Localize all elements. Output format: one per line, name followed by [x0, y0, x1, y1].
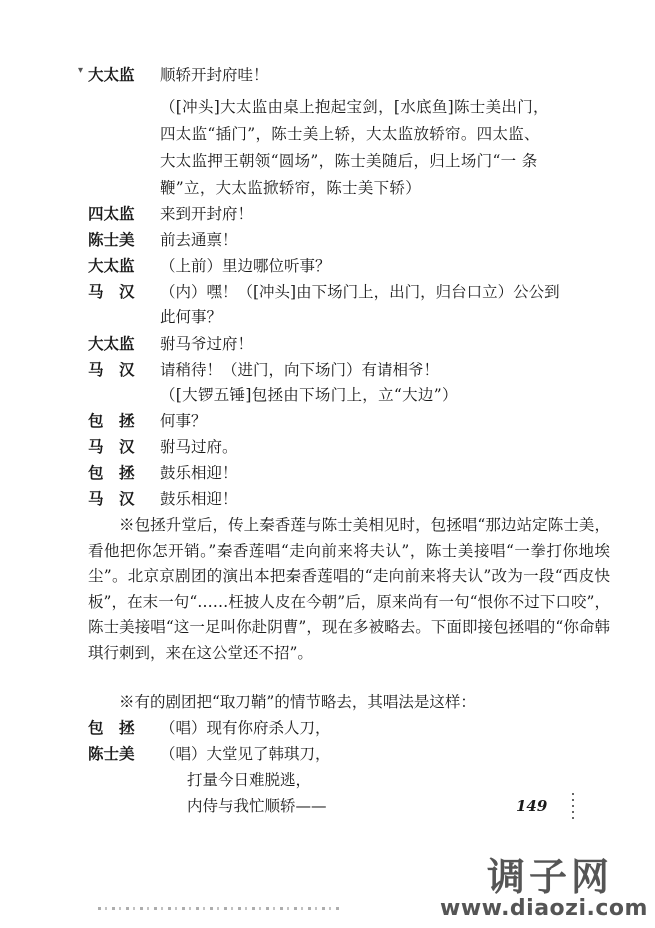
dialogue-text: 来到开封府！ [160, 203, 253, 225]
stage-direction-line: （[冲头]大太监由桌上抱起宝剑，[水底鱼]陈士美出门， [160, 96, 549, 118]
speaker-label: 大太监 [88, 255, 135, 277]
scan-mark: ▾ [78, 65, 83, 76]
dialogue-text: 驸马过府。 [160, 436, 238, 458]
dialogue-continuation: 此何事？ [160, 306, 222, 328]
speaker-label: 包 拯 [88, 410, 135, 432]
dialogue-text: 鼓乐相迎！ [160, 488, 238, 510]
editorial-note: ※有的剧团把“取刀鞘”的情节略去，其唱法是这样： [88, 690, 610, 716]
speaker-label: 包 拯 [88, 717, 135, 739]
watermark-logo: 调子网 [487, 846, 613, 901]
page-number: 149 [516, 797, 547, 815]
lyric-line: （唱）大堂见了韩琪刀， [160, 743, 331, 765]
dialogue-text: 鼓乐相迎！ [160, 462, 238, 484]
speaker-label: 马 汉 [88, 436, 135, 458]
dialogue-text: （上前）里边哪位听事？ [160, 255, 331, 277]
lyric-line: 内侍与我忙顺轿—— [187, 795, 327, 817]
scan-artifact [98, 907, 343, 910]
lyric-line: 打量今日难脱逃， [187, 769, 311, 791]
speaker-label: 大太监 [88, 64, 135, 86]
dialogue-text: 前去通禀！ [160, 229, 238, 251]
speaker-label: 大太监 [88, 333, 135, 355]
binding-dots [572, 793, 574, 819]
scanned-page: ▾ 大太监 顺轿开封府哇！ （[冲头]大太监由桌上抱起宝剑，[水底鱼]陈士美出门… [0, 0, 655, 928]
dialogue-text: 顺轿开封府哇！ [160, 64, 269, 86]
lyric-line: （唱）现有你府杀人刀， [160, 717, 331, 739]
dialogue-text: （内）嘿！（[冲头]由下场门上，出门，归台口立）公公到 [160, 281, 560, 303]
editorial-note: ※包拯升堂后，传上秦香莲与陈士美相见时，包拯唱“那边站定陈士美，看他把你怎开销。… [88, 513, 610, 666]
stage-direction-line: 鞭”立，大太监掀轿帘，陈士美下轿） [160, 177, 421, 199]
speaker-label: 陈士美 [88, 743, 135, 765]
stage-direction-line: 大太监押王朝领“圆场”，陈士美随后，归上场门“一 条 [160, 150, 538, 172]
speaker-label: 马 汉 [88, 281, 135, 303]
speaker-label: 马 汉 [88, 488, 135, 510]
speaker-label: 包 拯 [88, 462, 135, 484]
speaker-label: 四太监 [88, 203, 135, 225]
speaker-label: 马 汉 [88, 359, 135, 381]
dialogue-text: 驸马爷过府！ [160, 333, 253, 355]
dialogue-text: 请稍待！（进门，向下场门）有请相爷！ [160, 359, 439, 381]
speaker-label: 陈士美 [88, 229, 135, 251]
stage-direction-line: 四太监“插门”，陈士美上轿，大太监放轿帘。四太监、 [160, 123, 540, 145]
dialogue-text: 何事？ [160, 410, 207, 432]
stage-direction-line: （[大锣五锤]包拯由下场门上，立“大边”） [160, 384, 458, 406]
watermark-url: www.diaozi.com [440, 896, 648, 921]
